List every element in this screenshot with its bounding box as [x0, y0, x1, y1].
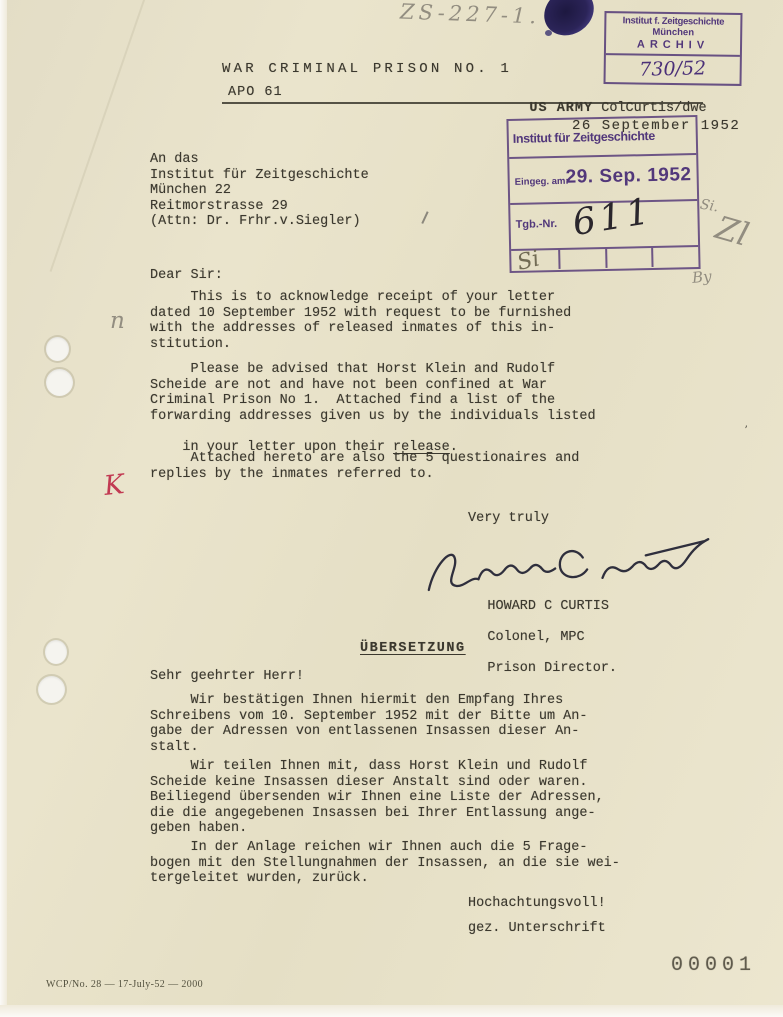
receipt-stamp-journal-label: Tgb.-Nr. [516, 218, 558, 231]
paragraph-de-2: Wir teilen Ihnen mit, dass Horst Klein u… [150, 759, 604, 837]
closing-de-2: gez. Unterschrift [468, 921, 606, 937]
archive-stamp-org: Institut f. Zeitgeschichte [606, 15, 740, 28]
archive-stamp-city: München [606, 26, 740, 39]
pencil-scribble-lower: By [691, 267, 712, 287]
paragraph-de-1: Wir bestätigen Ihnen hiermit den Empfang… [150, 693, 587, 755]
receipt-stamp-org: Institut für Zeitgeschichte [509, 129, 655, 146]
recipient-address: An das Institut für Zeitgeschichte Münch… [150, 152, 369, 230]
paper-crease [50, 0, 153, 272]
archive-stamp-archiv: ARCHIV [606, 38, 740, 52]
scan-edge-left [0, 0, 7, 1017]
receipt-stamp-cell-divider [558, 250, 560, 269]
red-margin-mark: K [102, 469, 125, 502]
paragraph-en-2: Please be advised that Horst Klein and R… [150, 362, 596, 424]
print-code: WCP/No. 28 — 17-July-52 — 2000 [46, 979, 203, 990]
stray-mark: ʼ [744, 424, 748, 437]
letterhead-title: WAR CRIMINAL PRISON NO. 1 [222, 62, 512, 78]
receipt-stamp-cell-divider [651, 248, 653, 267]
receipt-stamp-received-date: 29. Sep. 1952 [565, 164, 691, 189]
translation-heading: ÜBERSETZUNG [360, 641, 466, 657]
ink-blot-dot [545, 30, 552, 36]
punch-hole [46, 337, 69, 361]
pencil-reference-number: ZS-227-1. [400, 0, 541, 28]
letterhead-apo: APO 61 [228, 85, 283, 101]
pencil-margin-mark: n [110, 308, 125, 334]
paragraph-en-1: This is to acknowledge receipt of your l… [150, 290, 571, 352]
salutation-de: Sehr geehrter Herr! [150, 669, 304, 685]
paragraph-de-3: In der Anlage reichen wir Ihnen auch die… [150, 840, 620, 887]
page-number-stamp: 00001 [671, 954, 756, 977]
pencil-tick [421, 211, 428, 223]
closing-de-1: Hochachtungsvoll! [468, 896, 606, 912]
receipt-stamp-cell-divider [605, 249, 607, 268]
pencil-scribble-small: Si. [699, 197, 720, 216]
archive-stamp: Institut f. Zeitgeschichte München ARCHI… [603, 11, 742, 86]
letterhead-rule [222, 102, 703, 104]
punch-hole [46, 369, 73, 396]
receipt-stamp: Institut für Zeitgeschichte Eingeg. am: … [506, 115, 700, 273]
punch-hole [45, 640, 67, 664]
signer-title: Prison Director. [487, 661, 617, 676]
signer-rank: Colonel, MPC [487, 630, 584, 645]
salutation-en: Dear Sir: [150, 268, 223, 284]
signer-name: HOWARD C CURTIS [487, 599, 609, 614]
punch-hole [38, 676, 65, 703]
pencil-scribble-large: Zl [711, 208, 753, 253]
archive-stamp-number: 730/52 [605, 55, 740, 85]
receipt-stamp-received-label: Eingeg. am: [515, 176, 569, 188]
letter-document: ZS-227-1. Institut f. Zeitgeschichte Mün… [0, 0, 783, 1017]
scan-edge-bottom [0, 1005, 783, 1017]
paragraph-en-3: Attached hereto are also the 5 questiona… [150, 451, 579, 482]
closing-en: Very truly [468, 511, 549, 527]
ink-blot [535, 0, 603, 45]
